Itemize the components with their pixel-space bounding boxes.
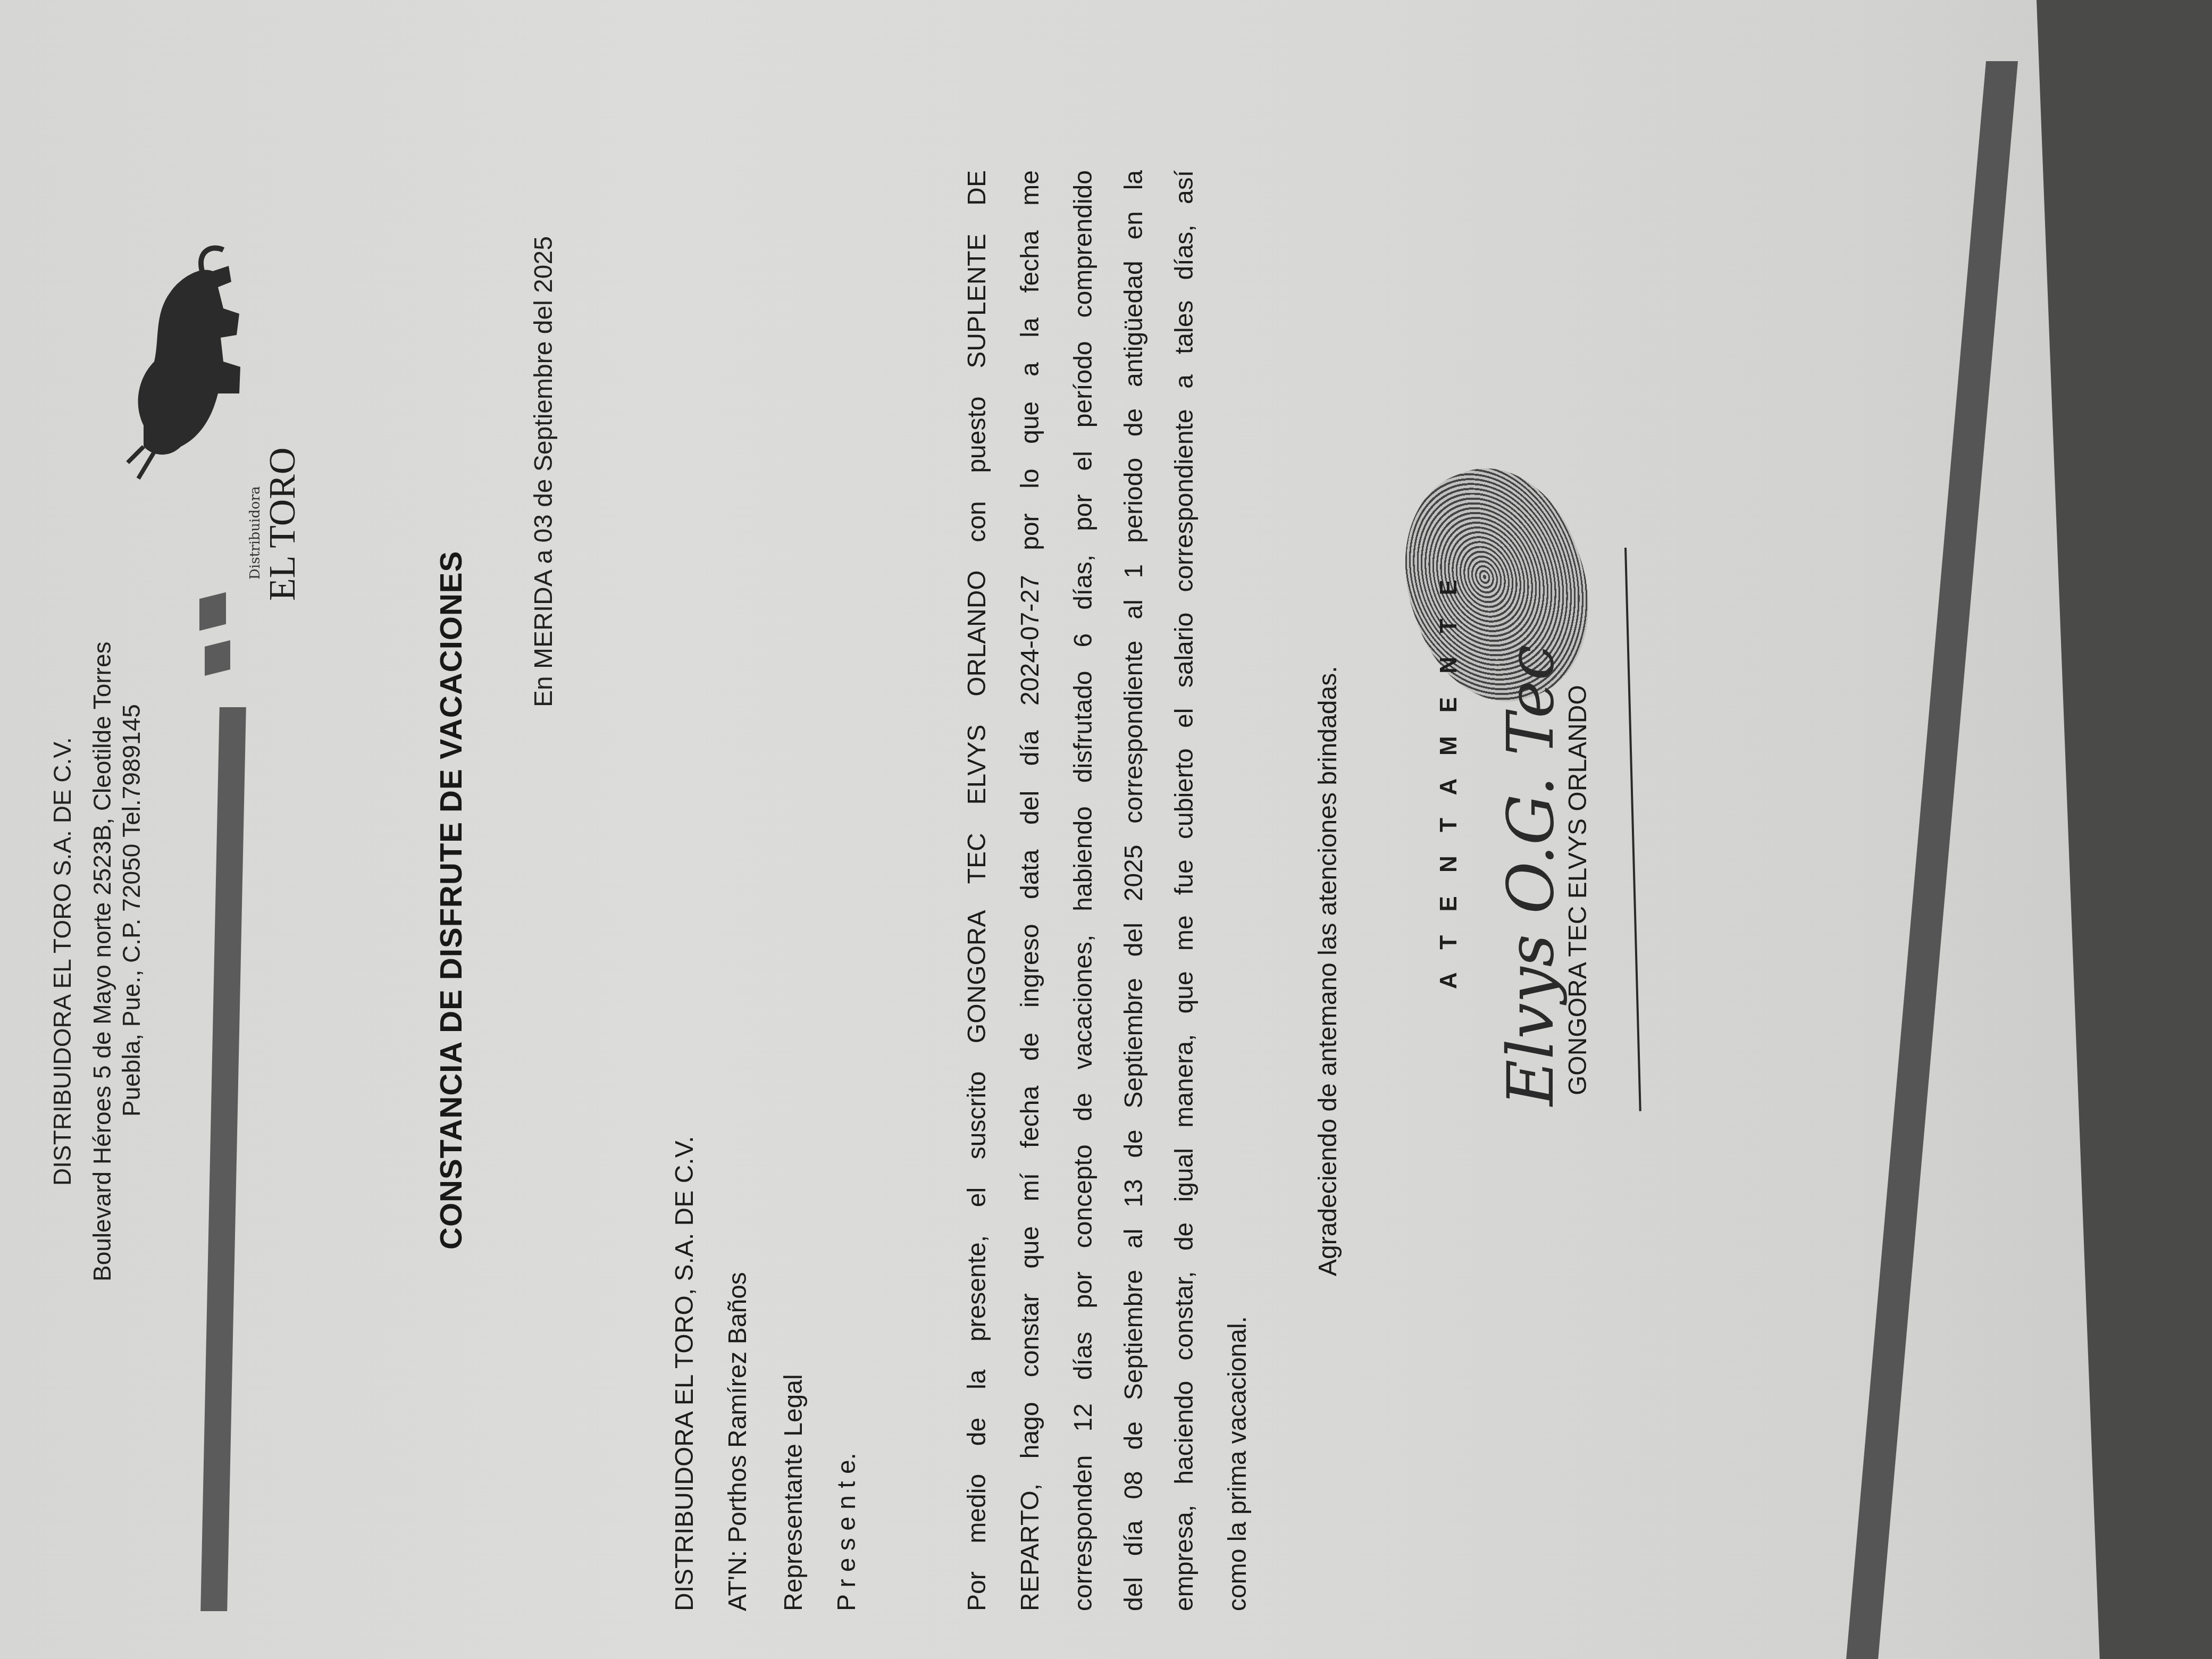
- bull-icon: [122, 234, 250, 484]
- addressee-role: Representante Legal: [779, 1374, 808, 1611]
- sign-off: A T E N T A M E N T E: [1436, 571, 1462, 989]
- body-line-4: del día 08 de Septiembre al 13 de Septie…: [1119, 170, 1149, 1611]
- body-line-5: empresa, haciendo constar, de igual mane…: [1170, 170, 1199, 1611]
- addressee-presente: P r e s e n t e.: [832, 1453, 861, 1611]
- handwritten-signature: Elvys O.G. Tec: [1494, 644, 1568, 1106]
- decorative-bar-long: [200, 707, 246, 1611]
- body-line-6: como la prima vacacional.: [1223, 1316, 1252, 1611]
- page-edge-shadow: [2037, 0, 2212, 1659]
- logo-brand-text: EL TORO: [262, 448, 304, 601]
- decorative-bar-short-1: [199, 592, 226, 631]
- decorative-bar-right: [1846, 61, 2018, 1659]
- signer-name: GONGORA TEC ELVYS ORLANDO: [1563, 685, 1593, 1095]
- document-page: DISTRIBUIDORA EL TORO S.A. DE C.V. Boule…: [0, 0, 2212, 1659]
- letterhead-address-line-1: Boulevard Héroes 5 de Mayo norte 2523B, …: [88, 641, 116, 1281]
- date-line: En MERIDA a 03 de Septiembre del 2025: [529, 236, 558, 707]
- logo-small-text: Distribuidora: [247, 486, 263, 580]
- body-line-3: corresponden 12 días por concepto de vac…: [1069, 170, 1098, 1611]
- letterhead-address-line-2: Puebla, Pue., C.P. 72050 Tel.7989145: [117, 704, 146, 1117]
- addressee-attention: AT'N: Porthos Ramírez Baños: [723, 1272, 752, 1611]
- signature-line: [1624, 548, 1641, 1111]
- body-line-2: REPARTO, hago constar que mí fecha de in…: [1016, 170, 1045, 1611]
- decorative-bar-short-2: [205, 640, 230, 676]
- letterhead-company-name: DISTRIBUIDORA EL TORO S.A. DE C.V.: [48, 737, 77, 1186]
- closing-line: Agradeciendo de antemano las atenciones …: [1313, 666, 1343, 1276]
- company-logo: Distribuidora EL TORO: [122, 234, 292, 596]
- document-title: CONSTANCIA DE DISFRUTE DE VACACIONES: [433, 551, 469, 1250]
- body-line-1: Por medio de la presente, el suscrito GO…: [962, 170, 992, 1611]
- addressee-company: DISTRIBUIDORA EL TORO, S.A. DE C.V.: [670, 1136, 699, 1611]
